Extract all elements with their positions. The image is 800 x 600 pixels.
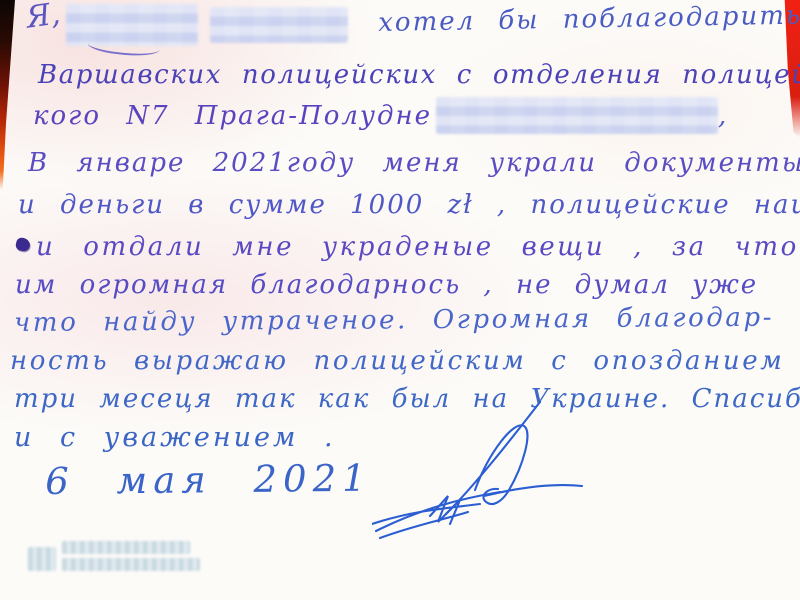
handwritten-line-9: ность выражаю полицейским с опозданием в xyxy=(10,346,800,376)
redaction-blur-details xyxy=(436,97,718,134)
handwritten-line-1: хотел бы поблагодарить xyxy=(378,1,800,38)
faint-stamp-line-2 xyxy=(62,558,200,571)
redaction-blur-name-2 xyxy=(210,7,348,43)
handwritten-line-4: В январе 2021году меня украли документы xyxy=(28,148,800,178)
handwritten-line-6: и отдали мне украденые вещи , за что xyxy=(36,232,799,262)
handwritten-line-3: кого N7 Прага-Полудне , xyxy=(33,101,468,131)
faint-stamp-mark xyxy=(28,547,56,571)
handwritten-line-7: им огромная благодарнось , не думал уже xyxy=(15,270,758,300)
handwritten-line-3-trailing-comma: , xyxy=(718,101,726,131)
ink-blot xyxy=(15,236,32,252)
handwritten-line-2: Варшавских полицейских с отделения полиц… xyxy=(38,60,800,90)
handwritten-line-8: что найду утраченое. Огромная благодар- xyxy=(14,303,774,338)
handwritten-letter-photo: Я, хотел бы поблагодарить Варшавских пол… xyxy=(0,0,800,600)
opening-word: Я, xyxy=(24,0,62,36)
signature-scribble xyxy=(372,398,587,548)
closing-line: и с уважением . xyxy=(14,422,336,453)
photo-edge-left-strip xyxy=(0,0,15,190)
handwritten-line-5: и деньги в сумме 1000 zł , полицейские н… xyxy=(18,190,800,220)
date-line: 6 мая 2021 xyxy=(45,457,372,503)
faint-stamp-line-1 xyxy=(62,541,190,554)
